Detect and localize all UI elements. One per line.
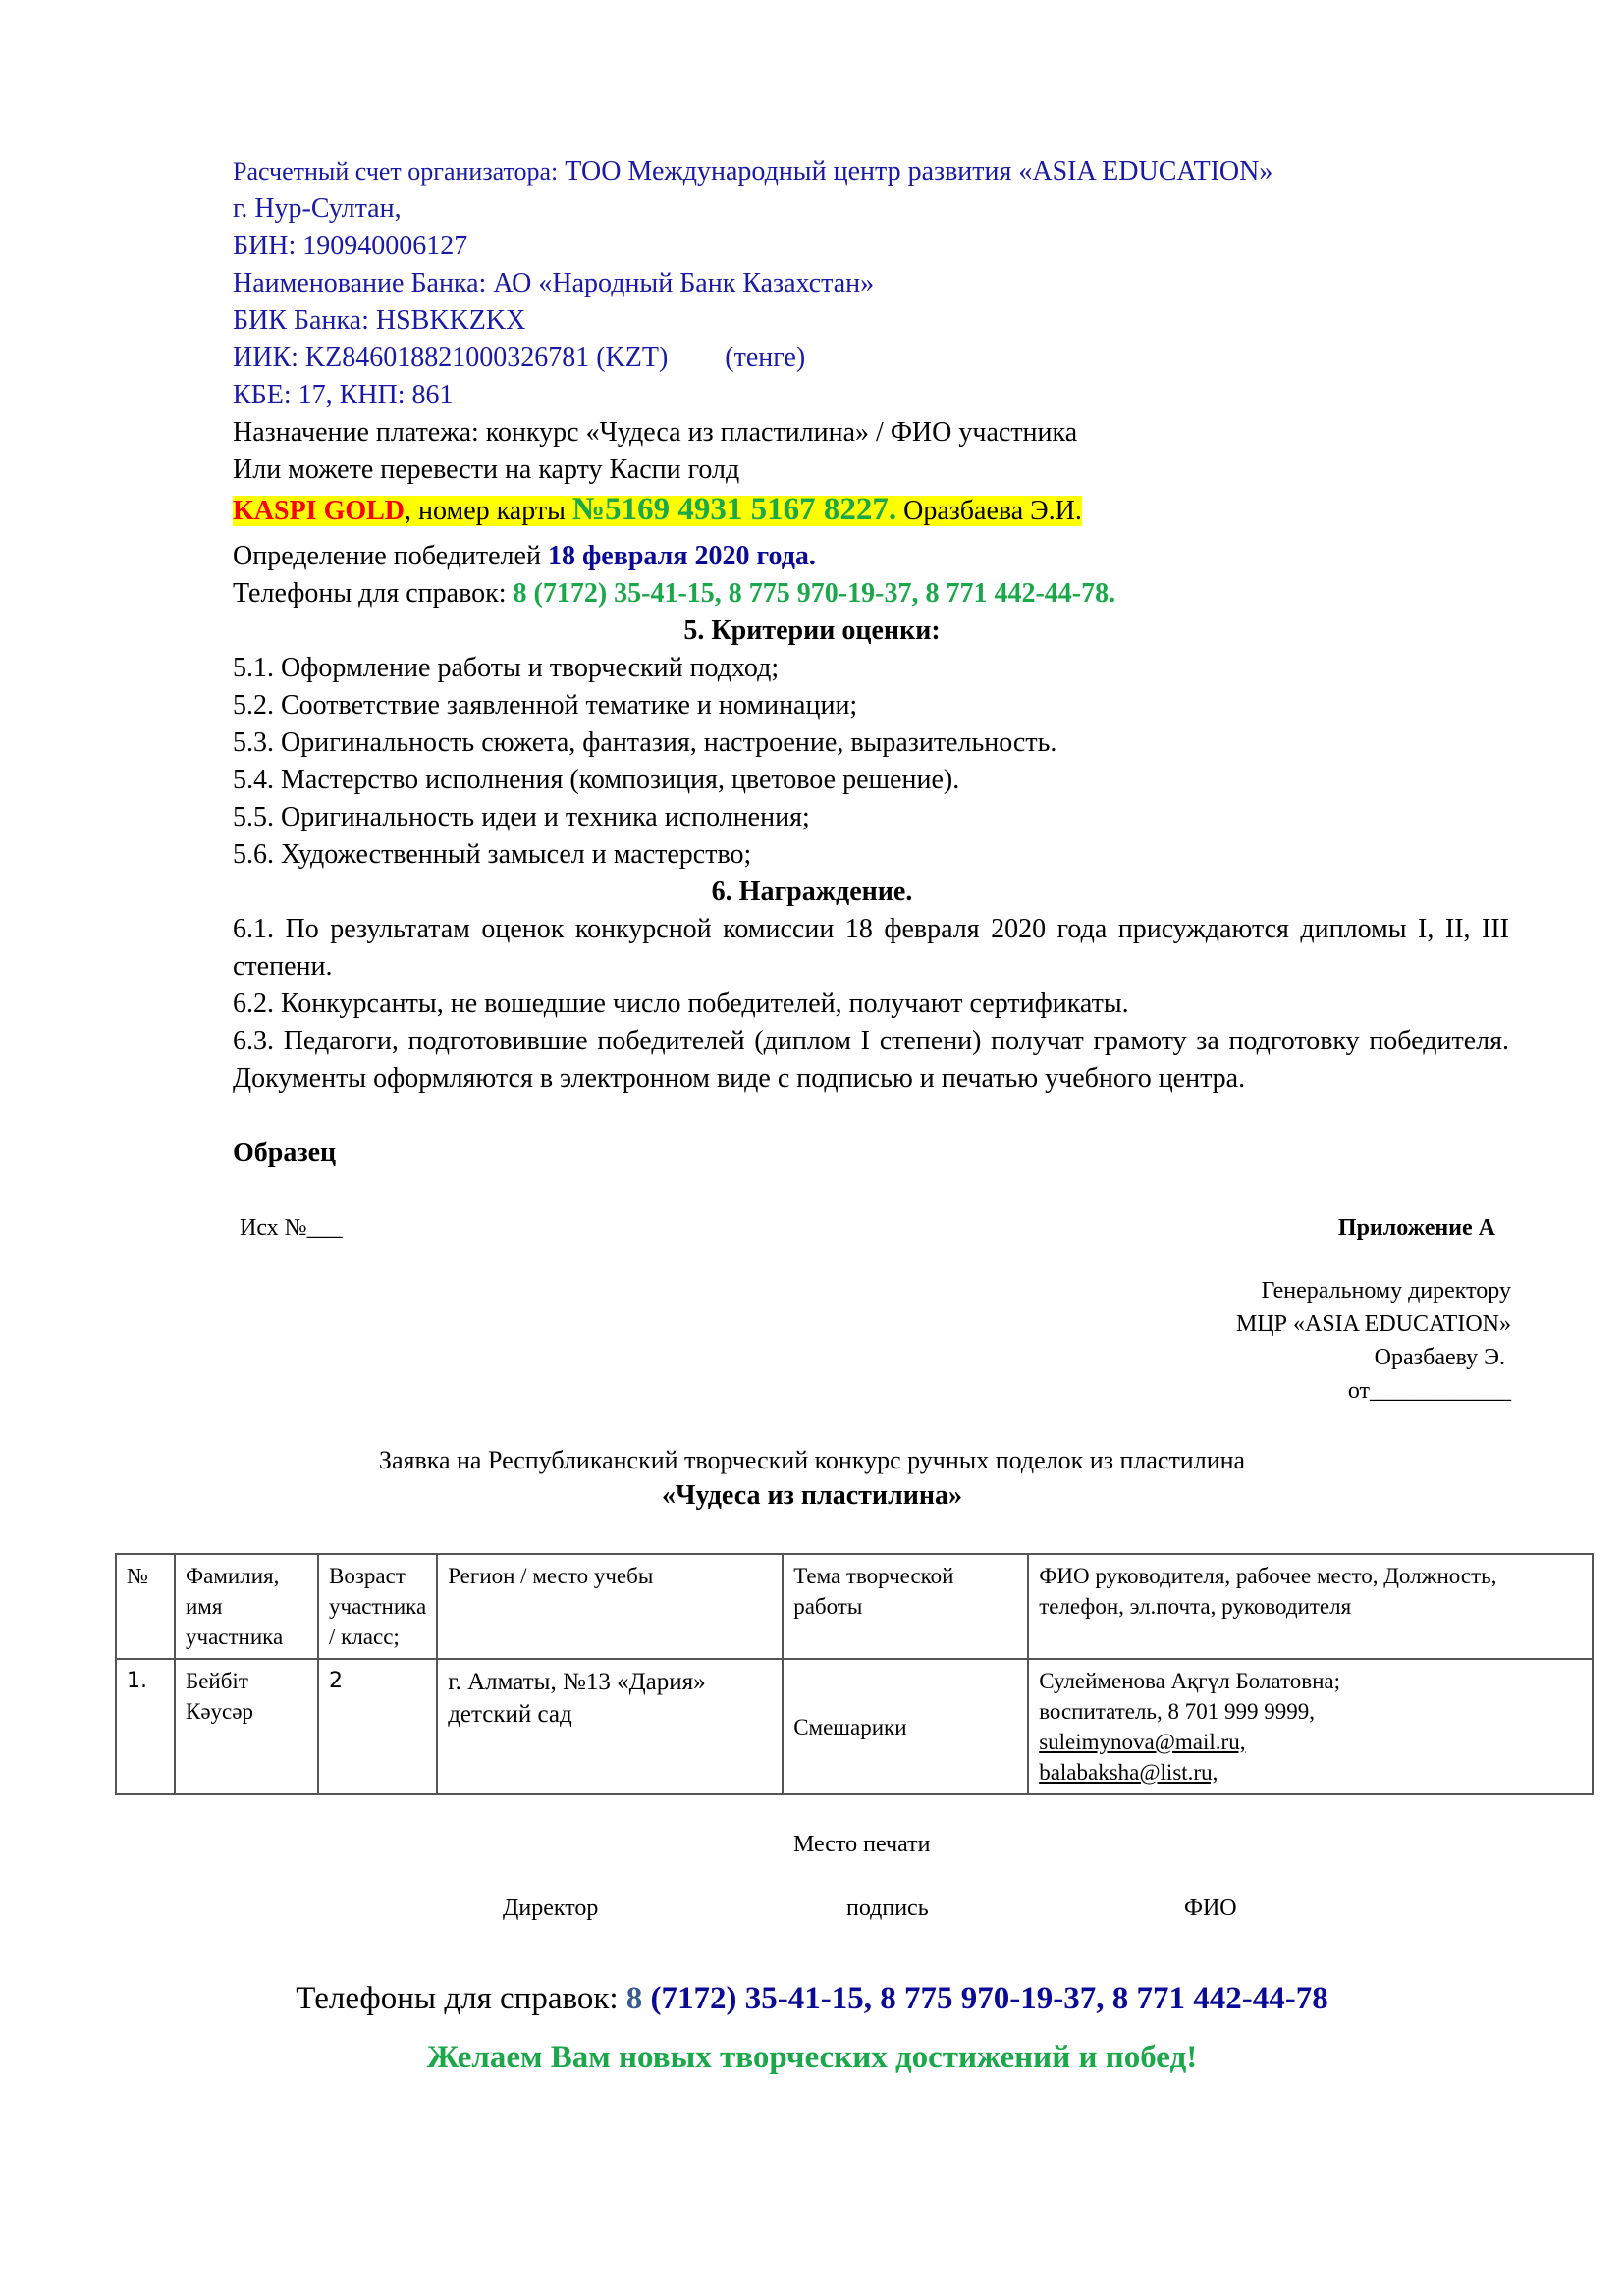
awards-p2: 6.2. Конкурсанты, не вошедшие число побе… (233, 986, 1129, 1023)
account-label: Расчетный счет организатора: (233, 157, 558, 186)
card-holder: Оразбаева Э.И. (896, 496, 1082, 526)
form-subtitle: «Чудеса из пластилина» (0, 1480, 1624, 1512)
phones-label: Телефоны для справок: (233, 578, 514, 609)
addressee-block: Генеральному директору МЦР «ASIA EDUCATI… (1236, 1274, 1511, 1408)
addressee-line: Генеральному директору (1236, 1274, 1511, 1308)
cell-age: 2 (318, 1659, 437, 1794)
header-cell: ФИО руководителя, рабочее место, Должнос… (1028, 1554, 1593, 1659)
leader-role: воспитатель, 8 701 999 9999, (1039, 1696, 1582, 1727)
signature-name: ФИО (1184, 1896, 1237, 1922)
footer-phones-label: Телефоны для справок: (296, 1981, 625, 2016)
awards-p1: 6.1. По результатам оценок конкурсной ко… (233, 911, 1509, 986)
header-cell: Регион / место учебы (437, 1554, 783, 1659)
header-cell: № (116, 1554, 175, 1659)
signature-director: Директор (503, 1896, 598, 1922)
leader-email-2[interactable]: balabaksha@list.ru, (1039, 1760, 1218, 1785)
criteria-title: 5. Критерии оценки: (0, 613, 1624, 650)
account-line: Расчетный счет организатора: ТОО Междуна… (233, 153, 1272, 190)
awards-p3: 6.3. Педагоги, подготовившие победителей… (233, 1023, 1509, 1097)
addressee-line: от____________ (1236, 1374, 1511, 1408)
footer-phones-first: 8 (626, 1981, 643, 2016)
sample-label: Образец (233, 1135, 336, 1172)
bin-line: БИН: 190940006127 (233, 228, 467, 265)
payment-purpose: Назначение платежа: конкурс «Чудеса из п… (233, 414, 1077, 452)
footer-phones: Телефоны для справок: 8 (7172) 35-41-15,… (0, 1981, 1624, 2017)
city-line: г. Нур-Султан, (233, 190, 402, 228)
card-number: №5169 4931 5167 8227. (572, 492, 896, 527)
application-table: № Фамилия, имя участника Возраст участни… (115, 1553, 1594, 1795)
table-row: 1. Бейбіт Кәусәр 2 г. Алматы, №13 «Дария… (116, 1659, 1593, 1794)
cell-name: Бейбіт Кәусәр (175, 1659, 318, 1794)
winners-line: Определение победителей 18 февраля 2020 … (233, 538, 816, 575)
form-title: Заявка на Республиканский творческий кон… (0, 1446, 1624, 1475)
iik-currency: (тенге) (725, 343, 805, 373)
table-header-row: № Фамилия, имя участника Возраст участни… (116, 1554, 1593, 1659)
stamp-place: Место печати (793, 1832, 930, 1858)
header-cell: Фамилия, имя участника (175, 1554, 318, 1659)
criteria-item: 5.3. Оригинальность сюжета, фантазия, на… (233, 724, 1056, 762)
winners-label: Определение победителей (233, 541, 548, 571)
account-org: ТОО Международный центр развития «ASIA E… (558, 156, 1272, 187)
outgoing-number: Исх №___ (240, 1215, 343, 1242)
criteria-item: 5.5. Оригинальность идеи и техника испол… (233, 799, 810, 836)
cell-leader: Сулейменова Ақгүл Болатовна; воспитатель… (1028, 1659, 1593, 1794)
leader-name: Сулейменова Ақгүл Болатовна; (1039, 1666, 1582, 1696)
header-cell: Тема творческой работы (783, 1554, 1028, 1659)
card-label: , номер карты (405, 496, 572, 526)
criteria-item: 5.1. Оформление работы и творческий подх… (233, 650, 779, 687)
criteria-item: 5.2. Соответствие заявленной тематике и … (233, 687, 857, 724)
phones-numbers: 8 (7172) 35-41-15, 8 775 970-19-37, 8 77… (514, 578, 1116, 609)
leader-email-1[interactable]: suleimynova@mail.ru, (1039, 1730, 1245, 1754)
kaspi-card-line: KASPI GOLD, номер карты №5169 4931 5167 … (233, 491, 1082, 530)
bank-line: Наименование Банка: АО «Народный Банк Ка… (233, 265, 874, 302)
iik-value: ИИК: KZ846018821000326781 (KZT) (233, 343, 668, 373)
bik-line: БИК Банка: HSBKKZKX (233, 302, 525, 340)
cell-num: 1. (116, 1659, 175, 1794)
cell-region: г. Алматы, №13 «Дария» детский сад (437, 1659, 783, 1794)
awards-title: 6. Награждение. (0, 874, 1624, 911)
header-cell: Возраст участника / класс; (318, 1554, 437, 1659)
criteria-item: 5.6. Художественный замысел и мастерство… (233, 836, 751, 874)
appendix-label: Приложение А (1338, 1215, 1495, 1242)
kaspi-intro: Или можете перевести на карту Каспи голд (233, 452, 739, 489)
footer-phones-rest: (7172) 35-41-15, 8 775 970-19-37, 8 771 … (642, 1981, 1327, 2016)
signature-sign: подпись (846, 1896, 929, 1922)
addressee-line: Оразбаеву Э. (1236, 1341, 1511, 1374)
footer-wish: Желаем Вам новых творческих достижений и… (0, 2040, 1624, 2076)
winners-date: 18 февраля 2020 года. (548, 541, 816, 571)
document-page: Расчетный счет организатора: ТОО Междуна… (0, 0, 1624, 2296)
addressee-line: МЦР «ASIA EDUCATION» (1236, 1308, 1511, 1341)
iik-line: ИИК: KZ846018821000326781 (KZT)(тенге) (233, 340, 805, 377)
kaspi-label: KASPI GOLD (233, 496, 405, 526)
kbe-line: КБЕ: 17, КНП: 861 (233, 377, 454, 414)
cell-theme: Смешарики (783, 1659, 1028, 1794)
phones-line: Телефоны для справок: 8 (7172) 35-41-15,… (233, 575, 1115, 613)
criteria-item: 5.4. Мастерство исполнения (композиция, … (233, 762, 959, 799)
